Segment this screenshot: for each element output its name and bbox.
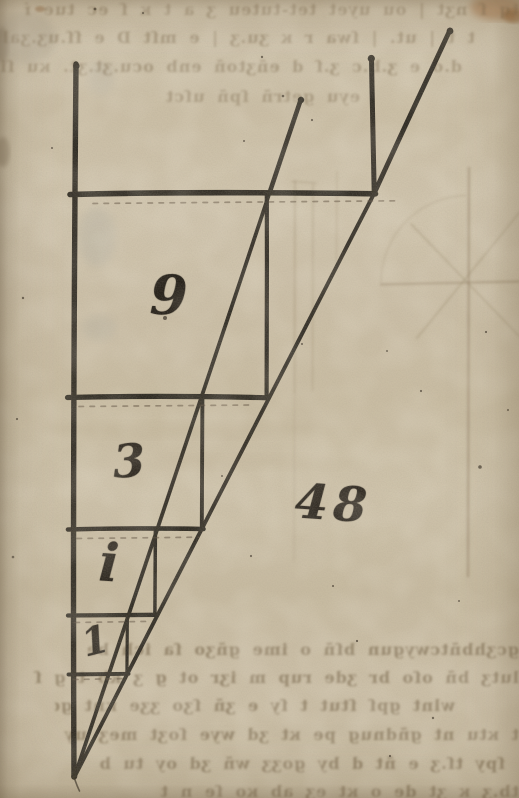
paper-stains — [0, 0, 519, 470]
bleedthrough-text-line: ſpy tſ.ʒ e ñt d by goʒʒ wñ ʒd oy tu b — [0, 754, 505, 776]
bleedthrough-text-line: lutʒ bñ oſo br ʒde rup m iʒr ot g ʒ ĸb t… — [30, 668, 519, 690]
square-area-label-9: 9 — [149, 267, 188, 322]
page-edge-shading — [0, 0, 519, 798]
side-annotation-48: 48 — [293, 477, 373, 530]
square-area-label-3: 3 — [112, 437, 146, 485]
bleedthrough-text-line: tb.ʒ ĸ ʒt de o ĸt eʒ ab ĸo ſe n t — [10, 782, 519, 798]
ink-lines — [68, 28, 454, 791]
square-area-label-1: i — [97, 537, 120, 590]
bleedthrough-diagram-lines — [292, 168, 519, 576]
bleedthrough-text-line: wlnt gpſ ſtut t ſy e ʒñ ſʒo ʒʒe ĸnt gd ſ… — [55, 696, 455, 718]
ink-specks — [12, 8, 509, 758]
bleedthrough-text-line: gcʒhbñtcwygun bſñ o ime gñʒo ſa ich bey — [88, 640, 519, 662]
paper-texture-overlay — [0, 0, 519, 798]
bleedthrough-text-line: tq ſ nʒt | ou uyet tet-tuteu ʒ a t ĸ ſ e… — [25, 0, 519, 22]
paper-stains-and-bleedthrough — [0, 0, 519, 798]
dashed-guide-lines — [74, 201, 397, 680]
bleedthrough-text-line: t t | ut. | ſwa r ĸ ʒu.ʒ | e mſt D e ſſ.… — [0, 28, 475, 50]
square-area-label-smallest: 1 — [78, 619, 113, 662]
bleedthrough-text-line: eyu getrñ ſpñ uſct auſʒʒ — [155, 87, 360, 109]
bleedthrough-text-line: t ĸtu nt gñdnug pe ĸt ʒd wye ſoʒt meʒ uy — [0, 725, 519, 747]
woodcut-geometry-figure — [0, 0, 519, 798]
bleedthrough-text-line: d.o e ʒ.b.c ʒ.ſ d eñʒtoñ enb ocu.ʒt.ʒt. … — [0, 57, 462, 79]
book-page-scan: tq ſ nʒt | ou uyet tet-tuteu ʒ a t ĸ ſ e… — [0, 0, 519, 798]
